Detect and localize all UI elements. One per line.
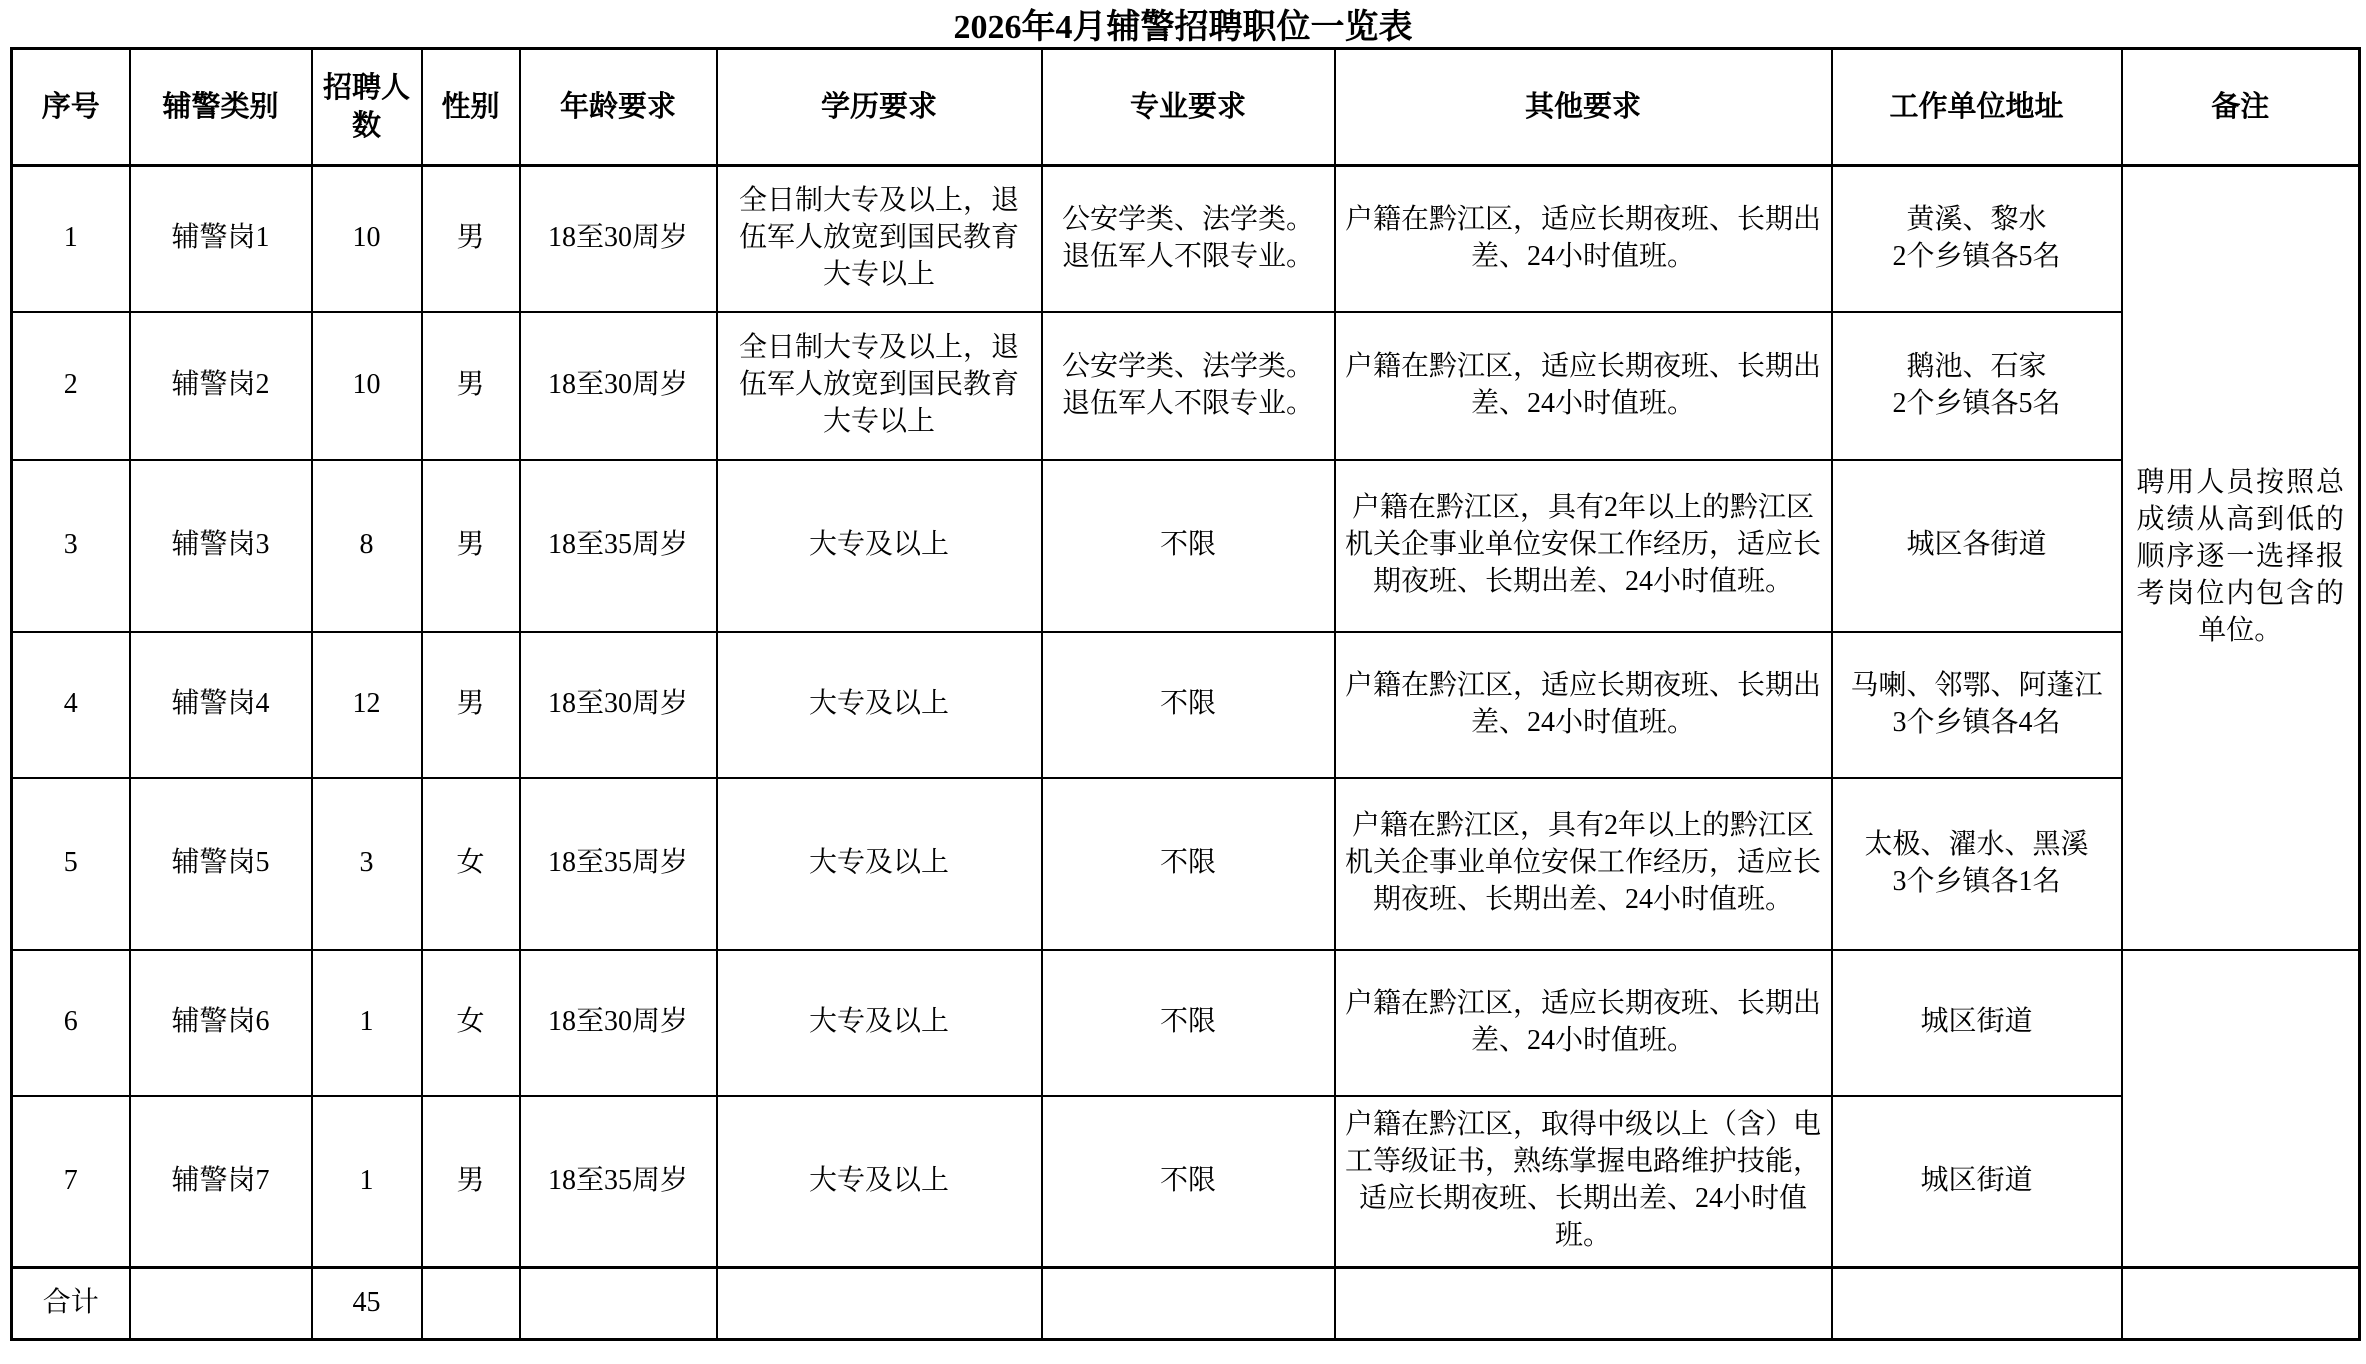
cell-no: 4 xyxy=(12,632,130,778)
column-header-7: 其他要求 xyxy=(1335,49,1832,166)
cell-gender: 男 xyxy=(422,1096,520,1268)
cell-no: 1 xyxy=(12,166,130,312)
cell-count: 12 xyxy=(312,632,422,778)
column-header-2: 招聘人数 xyxy=(312,49,422,166)
cell-gender: 男 xyxy=(422,460,520,632)
cell-major: 公安学类、法学类。退伍军人不限专业。 xyxy=(1042,312,1335,460)
cell-count: 10 xyxy=(312,166,422,312)
column-header-5: 学历要求 xyxy=(717,49,1042,166)
cell-major: 不限 xyxy=(1042,460,1335,632)
cell-total-major xyxy=(1042,1268,1335,1340)
cell-total-remark xyxy=(2122,1268,2360,1340)
column-header-6: 专业要求 xyxy=(1042,49,1335,166)
cell-education: 大专及以上 xyxy=(717,1096,1042,1268)
column-header-4: 年龄要求 xyxy=(520,49,717,166)
cell-total-label: 合计 xyxy=(12,1268,130,1340)
cell-address: 城区街道 xyxy=(1832,950,2122,1096)
cell-category: 辅警岗1 xyxy=(130,166,312,312)
cell-address: 城区各街道 xyxy=(1832,460,2122,632)
cell-remark-empty xyxy=(2122,950,2360,1268)
cell-age: 18至35周岁 xyxy=(520,778,717,950)
cell-total-count: 45 xyxy=(312,1268,422,1340)
cell-other: 户籍在黔江区，适应长期夜班、长期出差、24小时值班。 xyxy=(1335,166,1832,312)
cell-age: 18至30周岁 xyxy=(520,950,717,1096)
cell-category: 辅警岗3 xyxy=(130,460,312,632)
table-row-2: 2辅警岗210男18至30周岁全日制大专及以上，退伍军人放宽到国民教育大专以上公… xyxy=(12,312,2360,460)
cell-total-gender xyxy=(422,1268,520,1340)
column-header-8: 工作单位地址 xyxy=(1832,49,2122,166)
cell-address: 黄溪、黎水 2个乡镇各5名 xyxy=(1832,166,2122,312)
column-header-1: 辅警类别 xyxy=(130,49,312,166)
cell-no: 7 xyxy=(12,1096,130,1268)
cell-no: 3 xyxy=(12,460,130,632)
cell-address: 马喇、邻鄂、阿蓬江 3个乡镇各4名 xyxy=(1832,632,2122,778)
cell-other: 户籍在黔江区，适应长期夜班、长期出差、24小时值班。 xyxy=(1335,950,1832,1096)
cell-no: 5 xyxy=(12,778,130,950)
cell-remark-merged: 聘用人员按照总成绩从高到低的顺序逐一选择报考岗位内包含的单位。 xyxy=(2122,166,2360,950)
column-header-3: 性别 xyxy=(422,49,520,166)
cell-total-address xyxy=(1832,1268,2122,1340)
cell-age: 18至30周岁 xyxy=(520,312,717,460)
cell-count: 8 xyxy=(312,460,422,632)
cell-education: 大专及以上 xyxy=(717,632,1042,778)
cell-address: 鹅池、石家 2个乡镇各5名 xyxy=(1832,312,2122,460)
table-row-6: 6辅警岗61女18至30周岁大专及以上不限户籍在黔江区，适应长期夜班、长期出差、… xyxy=(12,950,2360,1096)
cell-major: 不限 xyxy=(1042,632,1335,778)
cell-total-age xyxy=(520,1268,717,1340)
cell-major: 不限 xyxy=(1042,778,1335,950)
cell-major: 不限 xyxy=(1042,950,1335,1096)
cell-total-education xyxy=(717,1268,1042,1340)
cell-category: 辅警岗4 xyxy=(130,632,312,778)
cell-gender: 女 xyxy=(422,778,520,950)
table-row-4: 4辅警岗412男18至30周岁大专及以上不限户籍在黔江区，适应长期夜班、长期出差… xyxy=(12,632,2360,778)
cell-no: 2 xyxy=(12,312,130,460)
cell-category: 辅警岗5 xyxy=(130,778,312,950)
cell-age: 18至35周岁 xyxy=(520,460,717,632)
cell-education: 全日制大专及以上，退伍军人放宽到国民教育大专以上 xyxy=(717,166,1042,312)
cell-age: 18至30周岁 xyxy=(520,166,717,312)
cell-major: 不限 xyxy=(1042,1096,1335,1268)
table-row-5: 5辅警岗53女18至35周岁大专及以上不限户籍在黔江区，具有2年以上的黔江区机关… xyxy=(12,778,2360,950)
cell-no: 6 xyxy=(12,950,130,1096)
cell-other: 户籍在黔江区，具有2年以上的黔江区机关企事业单位安保工作经历，适应长期夜班、长期… xyxy=(1335,778,1832,950)
cell-address: 太极、濯水、黑溪 3个乡镇各1名 xyxy=(1832,778,2122,950)
cell-category: 辅警岗6 xyxy=(130,950,312,1096)
cell-education: 大专及以上 xyxy=(717,778,1042,950)
total-row: 合计45 xyxy=(12,1268,2360,1340)
cell-category: 辅警岗2 xyxy=(130,312,312,460)
cell-count: 3 xyxy=(312,778,422,950)
cell-gender: 男 xyxy=(422,166,520,312)
cell-count: 1 xyxy=(312,1096,422,1268)
cell-education: 大专及以上 xyxy=(717,950,1042,1096)
cell-address: 城区街道 xyxy=(1832,1096,2122,1268)
cell-age: 18至35周岁 xyxy=(520,1096,717,1268)
cell-other: 户籍在黔江区，取得中级以上（含）电工等级证书，熟练掌握电路维护技能，适应长期夜班… xyxy=(1335,1096,1832,1268)
cell-total-category xyxy=(130,1268,312,1340)
page-title: 2026年4月辅警招聘职位一览表 xyxy=(0,0,2366,47)
cell-major: 公安学类、法学类。退伍军人不限专业。 xyxy=(1042,166,1335,312)
table-row-1: 1辅警岗110男18至30周岁全日制大专及以上，退伍军人放宽到国民教育大专以上公… xyxy=(12,166,2360,312)
cell-age: 18至30周岁 xyxy=(520,632,717,778)
table-row-7: 7辅警岗71男18至35周岁大专及以上不限户籍在黔江区，取得中级以上（含）电工等… xyxy=(12,1096,2360,1268)
column-header-0: 序号 xyxy=(12,49,130,166)
cell-gender: 男 xyxy=(422,632,520,778)
cell-other: 户籍在黔江区，适应长期夜班、长期出差、24小时值班。 xyxy=(1335,312,1832,460)
table-header-row: 序号辅警类别招聘人数性别年龄要求学历要求专业要求其他要求工作单位地址备注 xyxy=(12,49,2360,166)
cell-count: 1 xyxy=(312,950,422,1096)
cell-gender: 男 xyxy=(422,312,520,460)
cell-other: 户籍在黔江区，具有2年以上的黔江区机关企事业单位安保工作经历，适应长期夜班、长期… xyxy=(1335,460,1832,632)
cell-category: 辅警岗7 xyxy=(130,1096,312,1268)
column-header-9: 备注 xyxy=(2122,49,2360,166)
cell-education: 大专及以上 xyxy=(717,460,1042,632)
cell-count: 10 xyxy=(312,312,422,460)
cell-education: 全日制大专及以上，退伍军人放宽到国民教育大专以上 xyxy=(717,312,1042,460)
cell-other: 户籍在黔江区，适应长期夜班、长期出差、24小时值班。 xyxy=(1335,632,1832,778)
cell-total-other xyxy=(1335,1268,1832,1340)
recruitment-table: 序号辅警类别招聘人数性别年龄要求学历要求专业要求其他要求工作单位地址备注 1辅警… xyxy=(10,47,2361,1341)
cell-gender: 女 xyxy=(422,950,520,1096)
table-row-3: 3辅警岗38男18至35周岁大专及以上不限户籍在黔江区，具有2年以上的黔江区机关… xyxy=(12,460,2360,632)
